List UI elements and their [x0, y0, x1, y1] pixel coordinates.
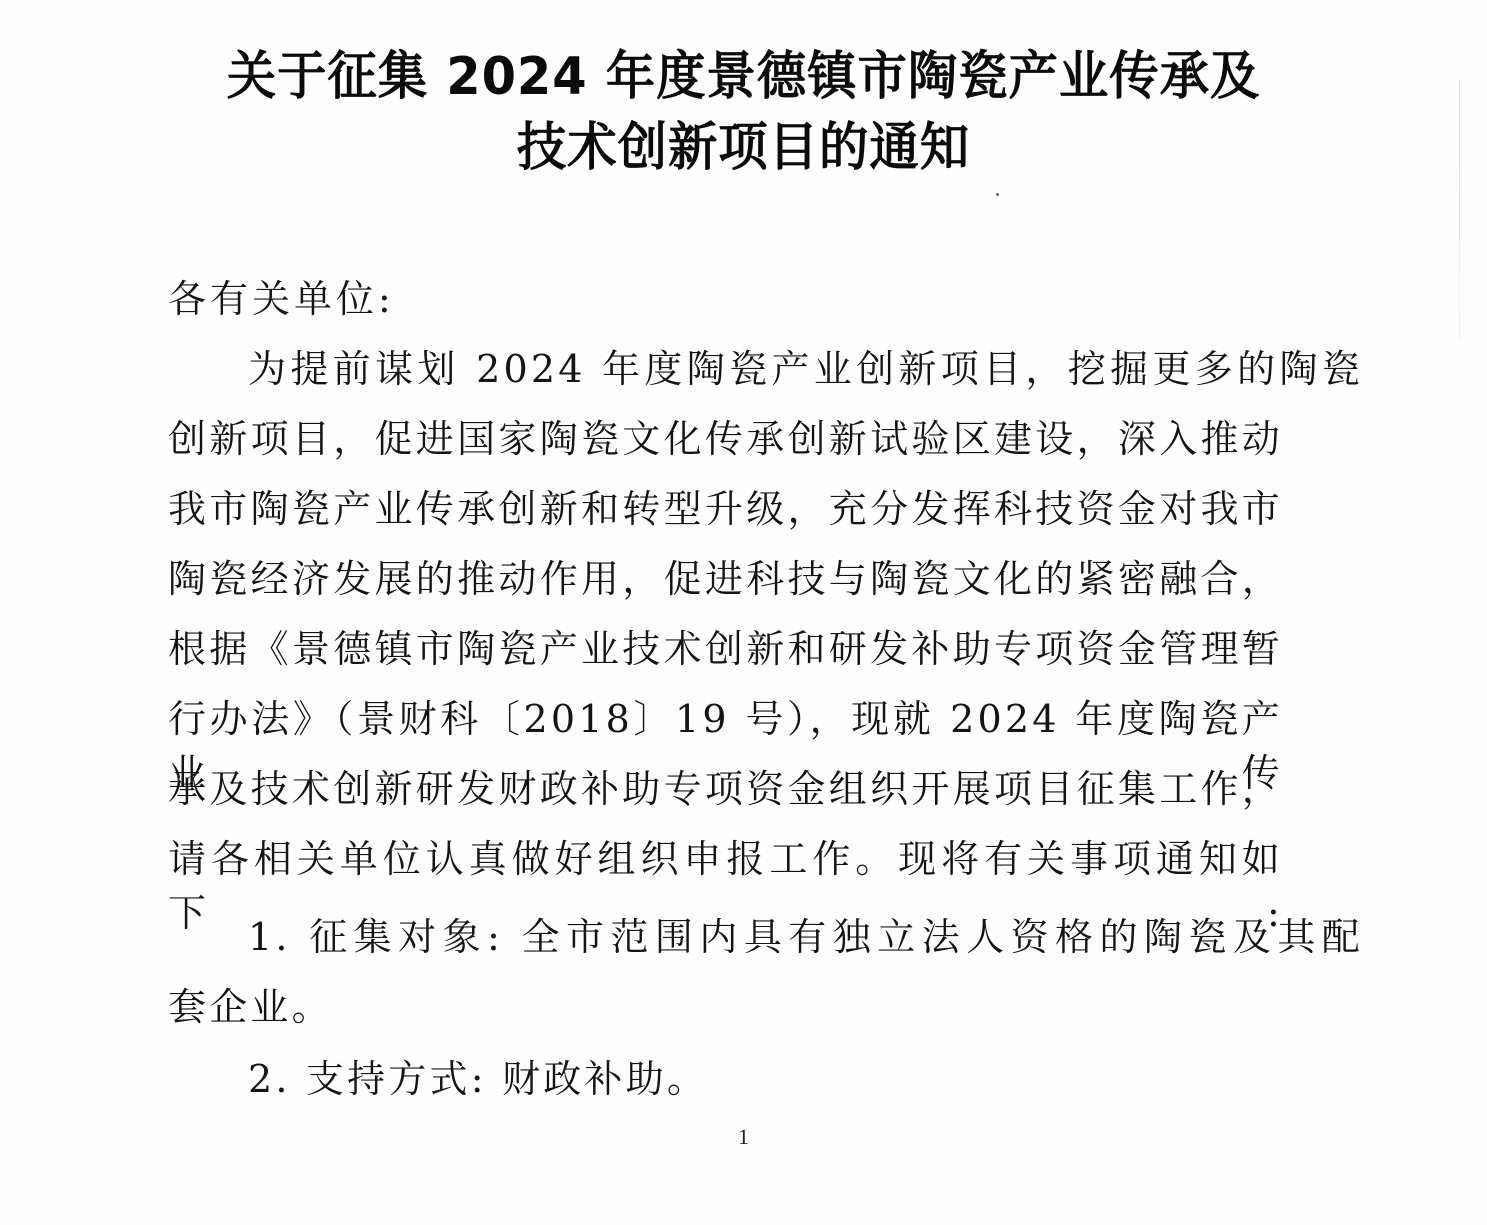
item-1-line-2: 套企业。 [168, 980, 1283, 1034]
item-2-line-1: 2. 支持方式: 财政补助。 [168, 1052, 1363, 1106]
scan-edge-line [1459, 80, 1460, 340]
scan-speck [996, 193, 999, 196]
body-paragraph-line: 创新项目，促进国家陶瓷文化传承创新试验区建设，深入推动 [168, 412, 1283, 466]
body-paragraph-line: 根据《景德镇市陶瓷产业技术创新和研发补助专项资金管理暂 [168, 622, 1283, 676]
document-page: 关于征集 2024 年度景德镇市陶瓷产业传承及 技术创新项目的通知 各有关单位:… [0, 0, 1487, 1225]
body-paragraph-line: 陶瓷经济发展的推动作用，促进科技与陶瓷文化的紧密融合， [168, 552, 1283, 606]
body-paragraph-line: 我市陶瓷产业传承创新和转型升级，充分发挥科技资金对我市 [168, 482, 1283, 536]
body-paragraph-line: 为提前谋划 2024 年度陶瓷产业创新项目，挖掘更多的陶瓷 [168, 342, 1363, 396]
body-paragraph-line: 承及技术创新研发财政补助专项资金组织开展项目征集工作， [168, 762, 1283, 816]
salutation: 各有关单位: [168, 272, 1283, 326]
document-title-line-1: 关于征集 2024 年度景德镇市陶瓷产业传承及 [37, 45, 1450, 109]
document-title-line-2: 技术创新项目的通知 [37, 116, 1450, 180]
page-number: 1 [0, 1124, 1487, 1150]
item-1-line-1: 1. 征集对象: 全市范围内具有独立法人资格的陶瓷及其配 [168, 910, 1363, 964]
